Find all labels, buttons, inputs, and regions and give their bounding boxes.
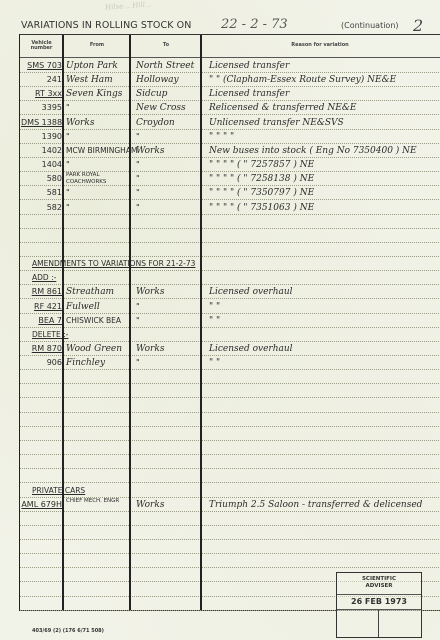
from-cell <box>64 596 132 610</box>
from-cell <box>64 383 132 397</box>
from-cell <box>64 539 132 553</box>
from-cell: Streatham <box>64 284 132 298</box>
from-cell: MCW BIRMINGHAM <box>64 143 132 157</box>
reason-cell <box>203 214 440 228</box>
table-row <box>20 468 440 483</box>
table-row: 580PARK ROYAL COACHWORKS"" " " " ( " 725… <box>20 171 440 186</box>
document-date: 22 - 2 - 73 <box>221 17 288 32</box>
table-row: BEA 7CHISWICK BEA"" " <box>20 313 440 328</box>
reason-cell: Relicensed & transferred NE&E <box>203 100 440 114</box>
from-cell: " <box>64 157 132 171</box>
to-cell <box>132 525 204 539</box>
vehicle-number-cell <box>21 553 63 567</box>
column-divider <box>62 35 64 610</box>
vehicle-number-cell <box>21 440 63 454</box>
to-cell <box>132 454 204 468</box>
table-row: 1390""" " " " <box>20 129 440 144</box>
vehicle-number-cell: 1402 <box>21 143 63 157</box>
document-page: Hilse... Hill... VARIATIONS IN ROLLING S… <box>0 0 440 640</box>
table-row: RM 870Wood GreenWorksLicensed overhaul <box>20 341 440 356</box>
reason-cell: " " " " ( " 7258138 ) NE <box>203 171 440 185</box>
vehicle-number-cell <box>21 242 63 256</box>
table-row: 582""" " " " ( " 7351063 ) NE <box>20 200 440 215</box>
from-cell <box>64 214 132 228</box>
table-row <box>20 553 440 568</box>
to-cell: " <box>132 355 204 369</box>
vehicle-number-cell <box>21 525 63 539</box>
table-row: RM 861StreathamWorksLicensed overhaul <box>20 284 440 299</box>
reason-cell: " " " " <box>203 129 440 143</box>
reason-cell: Triumph 2.5 Saloon - transferred & delic… <box>203 497 440 511</box>
table-row: 581""" " " " ( " 7350797 ) NE <box>20 185 440 200</box>
from-cell: " <box>64 185 132 199</box>
vehicle-number-cell: BEA 7 <box>21 313 63 327</box>
vehicle-number-cell <box>21 412 63 426</box>
to-cell <box>132 511 204 525</box>
from-cell <box>64 369 132 383</box>
to-cell <box>132 228 204 242</box>
to-cell <box>132 582 204 596</box>
to-cell <box>132 426 204 440</box>
from-cell: Finchley <box>64 355 132 369</box>
to-cell: Works <box>132 143 204 157</box>
column-divider <box>129 35 131 610</box>
section-row: AMENDMENTS TO VARIATIONS FOR 21-2-73 <box>20 256 440 271</box>
stamp-date: 26 FEB 1973 <box>337 597 421 606</box>
vehicle-number-cell <box>21 369 63 383</box>
reason-cell <box>203 426 440 440</box>
to-cell: " <box>132 200 204 214</box>
from-cell: Seven Kings <box>64 86 132 100</box>
from-cell: CHIEF MECH. ENGR <box>64 497 132 512</box>
table-row <box>20 383 440 398</box>
reason-cell <box>203 412 440 426</box>
form-code: 403/69 (2) (176 6/71 508) <box>32 628 104 634</box>
from-cell <box>64 511 132 525</box>
reason-cell <box>203 525 440 539</box>
to-cell: Croydon <box>132 115 204 129</box>
showthrough-marks: Hilse... Hill... <box>105 0 152 11</box>
vehicle-number-cell: AML 679H <box>21 497 63 511</box>
table-row <box>20 398 440 413</box>
to-cell: New Cross <box>132 100 204 114</box>
reason-cell <box>203 440 440 454</box>
vehicle-number-cell <box>21 383 63 397</box>
document-title: VARIATIONS IN ROLLING STOCK ON <box>21 20 191 31</box>
to-cell: Sidcup <box>132 86 204 100</box>
vehicle-number-cell <box>21 567 63 581</box>
to-cell: " <box>132 185 204 199</box>
reason-cell <box>203 468 440 482</box>
to-cell <box>132 440 204 454</box>
vehicle-number-cell <box>21 468 63 482</box>
document-header: VARIATIONS IN ROLLING STOCK ON 22 - 2 - … <box>21 20 436 34</box>
table-row: AML 679HCHIEF MECH. ENGRWorksTriumph 2.5… <box>20 497 440 512</box>
table-header: Vehicle number From To Reason for variat… <box>20 35 440 58</box>
vehicle-number-cell: DMS 1388 <box>21 115 63 129</box>
reason-cell: " " " " ( " 7350797 ) NE <box>203 185 440 199</box>
header-reason: Reason for variation <box>202 35 438 57</box>
vehicle-number-cell: 581 <box>21 185 63 199</box>
from-cell <box>64 242 132 256</box>
from-cell <box>64 553 132 567</box>
from-cell <box>64 426 132 440</box>
table-row <box>20 242 440 257</box>
reason-cell: Licensed overhaul <box>203 341 440 355</box>
table-row: DMS 1388WorksCroydonUnlicensed transfer … <box>20 115 440 130</box>
table-row <box>20 426 440 441</box>
page-number: 2 <box>413 16 423 35</box>
column-divider <box>200 35 202 610</box>
section-row: DELETE :- <box>20 327 440 342</box>
from-cell <box>64 440 132 454</box>
from-cell <box>64 454 132 468</box>
reason-cell <box>203 511 440 525</box>
reason-cell <box>203 369 440 383</box>
vehicle-number-cell <box>21 454 63 468</box>
reason-cell: " " " " ( " 7257857 ) NE <box>203 157 440 171</box>
table-row: 241West HamHolloway" " (Clapham-Essex Ro… <box>20 72 440 87</box>
section-heading: AMENDMENTS TO VARIATIONS FOR 21-2-73 <box>32 256 195 270</box>
from-cell <box>64 412 132 426</box>
reason-cell <box>203 454 440 468</box>
table-row: 906Finchley"" " <box>20 355 440 370</box>
vehicle-number-cell: 1404 <box>21 157 63 171</box>
stamp-line2: ADVISER <box>337 583 421 590</box>
from-cell: CHISWICK BEA <box>64 313 132 327</box>
to-cell <box>132 553 204 567</box>
table-row <box>20 214 440 229</box>
from-cell: " <box>64 129 132 143</box>
from-cell <box>64 525 132 539</box>
from-cell <box>64 398 132 412</box>
table-row <box>20 539 440 554</box>
vehicle-number-cell: SMS 703 <box>21 58 63 72</box>
continuation-label: (Continuation) <box>341 21 399 30</box>
to-cell: " <box>132 129 204 143</box>
to-cell: Works <box>132 497 204 511</box>
variations-table: Vehicle number From To Reason for variat… <box>19 34 440 611</box>
table-row <box>20 511 440 526</box>
from-cell <box>64 468 132 482</box>
vehicle-number-cell: RF 421 <box>21 299 63 313</box>
to-cell <box>132 412 204 426</box>
to-cell <box>132 383 204 397</box>
reason-cell <box>203 228 440 242</box>
to-cell <box>132 242 204 256</box>
section-row: PRIVATE CARS <box>20 483 440 498</box>
from-cell: " <box>64 100 132 114</box>
received-stamp: SCIENTIFIC ADVISER 26 FEB 1973 <box>336 572 422 638</box>
from-cell: Wood Green <box>64 341 132 355</box>
reason-cell: " " <box>203 299 440 313</box>
reason-cell: " " <box>203 313 440 327</box>
from-cell: West Ham <box>64 72 132 86</box>
vehicle-number-cell <box>21 596 63 610</box>
to-cell: North Street <box>132 58 204 72</box>
to-cell <box>132 369 204 383</box>
to-cell <box>132 567 204 581</box>
header-to: To <box>131 35 201 57</box>
from-cell <box>64 567 132 581</box>
to-cell: " <box>132 313 204 327</box>
reason-cell: Licensed transfer <box>203 86 440 100</box>
vehicle-number-cell <box>21 539 63 553</box>
stamp-divider <box>337 609 421 610</box>
to-cell <box>132 539 204 553</box>
table-row <box>20 454 440 469</box>
vehicle-number-cell <box>21 398 63 412</box>
reason-cell <box>203 398 440 412</box>
stamp-department: SCIENTIFIC ADVISER <box>337 573 421 595</box>
reason-cell <box>203 553 440 567</box>
vehicle-number-cell: 580 <box>21 171 63 185</box>
to-cell <box>132 398 204 412</box>
vehicle-number-cell <box>21 228 63 242</box>
from-cell: Fulwell <box>64 299 132 313</box>
section-heading: ADD :- <box>32 270 56 284</box>
vehicle-number-cell: RT 3xx <box>21 86 63 100</box>
to-cell: " <box>132 299 204 313</box>
from-cell: Works <box>64 115 132 129</box>
vehicle-number-cell <box>21 582 63 596</box>
to-cell: Works <box>132 341 204 355</box>
vehicle-number-cell: 241 <box>21 72 63 86</box>
table-row <box>20 412 440 427</box>
table-row <box>20 228 440 243</box>
from-cell <box>64 228 132 242</box>
table-row <box>20 525 440 540</box>
reason-cell: " " " " ( " 7351063 ) NE <box>203 200 440 214</box>
reason-cell: Licensed transfer <box>203 58 440 72</box>
from-cell: " <box>64 200 132 214</box>
to-cell: Holloway <box>132 72 204 86</box>
section-heading: PRIVATE CARS <box>32 483 85 497</box>
from-cell: Upton Park <box>64 58 132 72</box>
to-cell: " <box>132 157 204 171</box>
vehicle-number-cell: 582 <box>21 200 63 214</box>
stamp-divider <box>378 610 379 637</box>
table-row: RF 421Fulwell"" " <box>20 299 440 314</box>
table-row: SMS 703Upton ParkNorth StreetLicensed tr… <box>20 58 440 73</box>
header-from: From <box>64 35 130 57</box>
reason-cell <box>203 539 440 553</box>
reason-cell: " " (Clapham-Essex Route Survey) NE&E <box>203 72 440 86</box>
to-cell: " <box>132 171 204 185</box>
table-row <box>20 369 440 384</box>
to-cell: Works <box>132 284 204 298</box>
table-row: RT 3xxSeven KingsSidcupLicensed transfer <box>20 86 440 101</box>
reason-cell <box>203 383 440 397</box>
vehicle-number-cell <box>21 426 63 440</box>
to-cell <box>132 214 204 228</box>
reason-cell <box>203 242 440 256</box>
vehicle-number-cell: 1390 <box>21 129 63 143</box>
vehicle-number-cell: RM 861 <box>21 284 63 298</box>
table-row: 1404""" " " " ( " 7257857 ) NE <box>20 157 440 172</box>
reason-cell: Unlicensed transfer NE&SVS <box>203 115 440 129</box>
table-row <box>20 440 440 455</box>
section-row: ADD :- <box>20 270 440 285</box>
to-cell <box>132 468 204 482</box>
vehicle-number-cell: RM 870 <box>21 341 63 355</box>
vehicle-number-cell <box>21 214 63 228</box>
from-cell: PARK ROYAL COACHWORKS <box>64 171 132 186</box>
reason-cell: Licensed overhaul <box>203 284 440 298</box>
reason-cell: New buses into stock ( Eng No 7350400 ) … <box>203 143 440 157</box>
reason-cell: " " <box>203 355 440 369</box>
vehicle-number-cell: 906 <box>21 355 63 369</box>
from-cell <box>64 582 132 596</box>
stamp-line1: SCIENTIFIC <box>337 576 421 583</box>
header-vehicle-number: Vehicle number <box>20 35 63 57</box>
table-row: 1402MCW BIRMINGHAMWorksNew buses into st… <box>20 143 440 158</box>
vehicle-number-cell: 3395 <box>21 100 63 114</box>
vehicle-number-cell <box>21 511 63 525</box>
table-row: 3395"New CrossRelicensed & transferred N… <box>20 100 440 115</box>
to-cell <box>132 596 204 610</box>
